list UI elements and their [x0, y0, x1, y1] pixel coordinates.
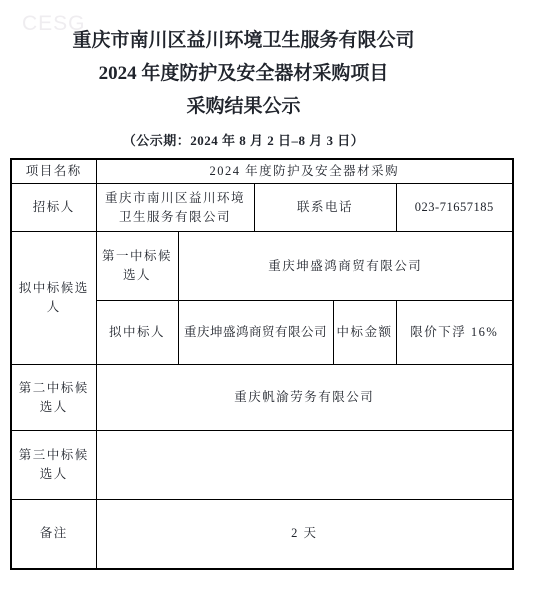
project-name-label-cell: 项目名称	[11, 159, 96, 184]
page: { "watermark": "CESG", "header": { "titl…	[0, 0, 533, 589]
row-first-candidate: 拟中标候选人 第一中标候选人 重庆坤盛鸿商贸有限公司	[11, 232, 513, 301]
third-candidate-label-cell: 第三中标候选人	[11, 431, 96, 500]
award-amount-label-cell: 中标金额	[333, 301, 396, 365]
title-line-2: 2024 年度防护及安全器材采购项目	[0, 57, 487, 90]
second-candidate-label-cell: 第二中标候选人	[11, 365, 96, 431]
first-candidate-value-cell: 重庆坤盛鸿商贸有限公司	[178, 232, 513, 301]
row-third-candidate: 第三中标候选人	[11, 431, 513, 500]
row-project-name: 项目名称 2024 年度防护及安全器材采购	[11, 159, 513, 184]
third-candidate-value-cell	[96, 431, 513, 500]
remark-value-cell: 2 天	[96, 500, 513, 569]
contact-phone-value-cell: 023-71657185	[396, 184, 513, 232]
row-remark: 备注 2 天	[11, 500, 513, 569]
row-tenderer: 招标人 重庆市南川区益川环境卫生服务有限公司 联系电话 023-71657185	[11, 184, 513, 232]
remark-label-cell: 备注	[11, 500, 96, 569]
row-second-candidate: 第二中标候选人 重庆帆渝劳务有限公司	[11, 365, 513, 431]
project-name-value-cell: 2024 年度防护及安全器材采购	[96, 159, 513, 184]
procurement-result-table: 项目名称 2024 年度防护及安全器材采购 招标人 重庆市南川区益川环境卫生服务…	[10, 158, 514, 570]
title-line-3: 采购结果公示	[0, 90, 487, 123]
contact-phone-label-cell: 联系电话	[254, 184, 396, 232]
doc-header: 重庆市南川区益川环境卫生服务有限公司 2024 年度防护及安全器材采购项目 采购…	[0, 24, 533, 149]
proposed-winner-value-cell: 重庆坤盛鸿商贸有限公司	[178, 301, 333, 365]
tenderer-label-cell: 招标人	[11, 184, 96, 232]
tenderer-value-cell: 重庆市南川区益川环境卫生服务有限公司	[96, 184, 254, 232]
proposed-winner-label-cell: 拟中标人	[96, 301, 178, 365]
title-line-1: 重庆市南川区益川环境卫生服务有限公司	[0, 24, 487, 57]
publicity-period: （公示期：2024 年 8 月 2 日–8 月 3 日）	[0, 130, 487, 149]
candidates-group-label-cell: 拟中标候选人	[11, 232, 96, 365]
award-amount-value-cell: 限价下浮 16%	[396, 301, 513, 365]
second-candidate-value-cell: 重庆帆渝劳务有限公司	[96, 365, 513, 431]
first-candidate-label-cell: 第一中标候选人	[96, 232, 178, 301]
